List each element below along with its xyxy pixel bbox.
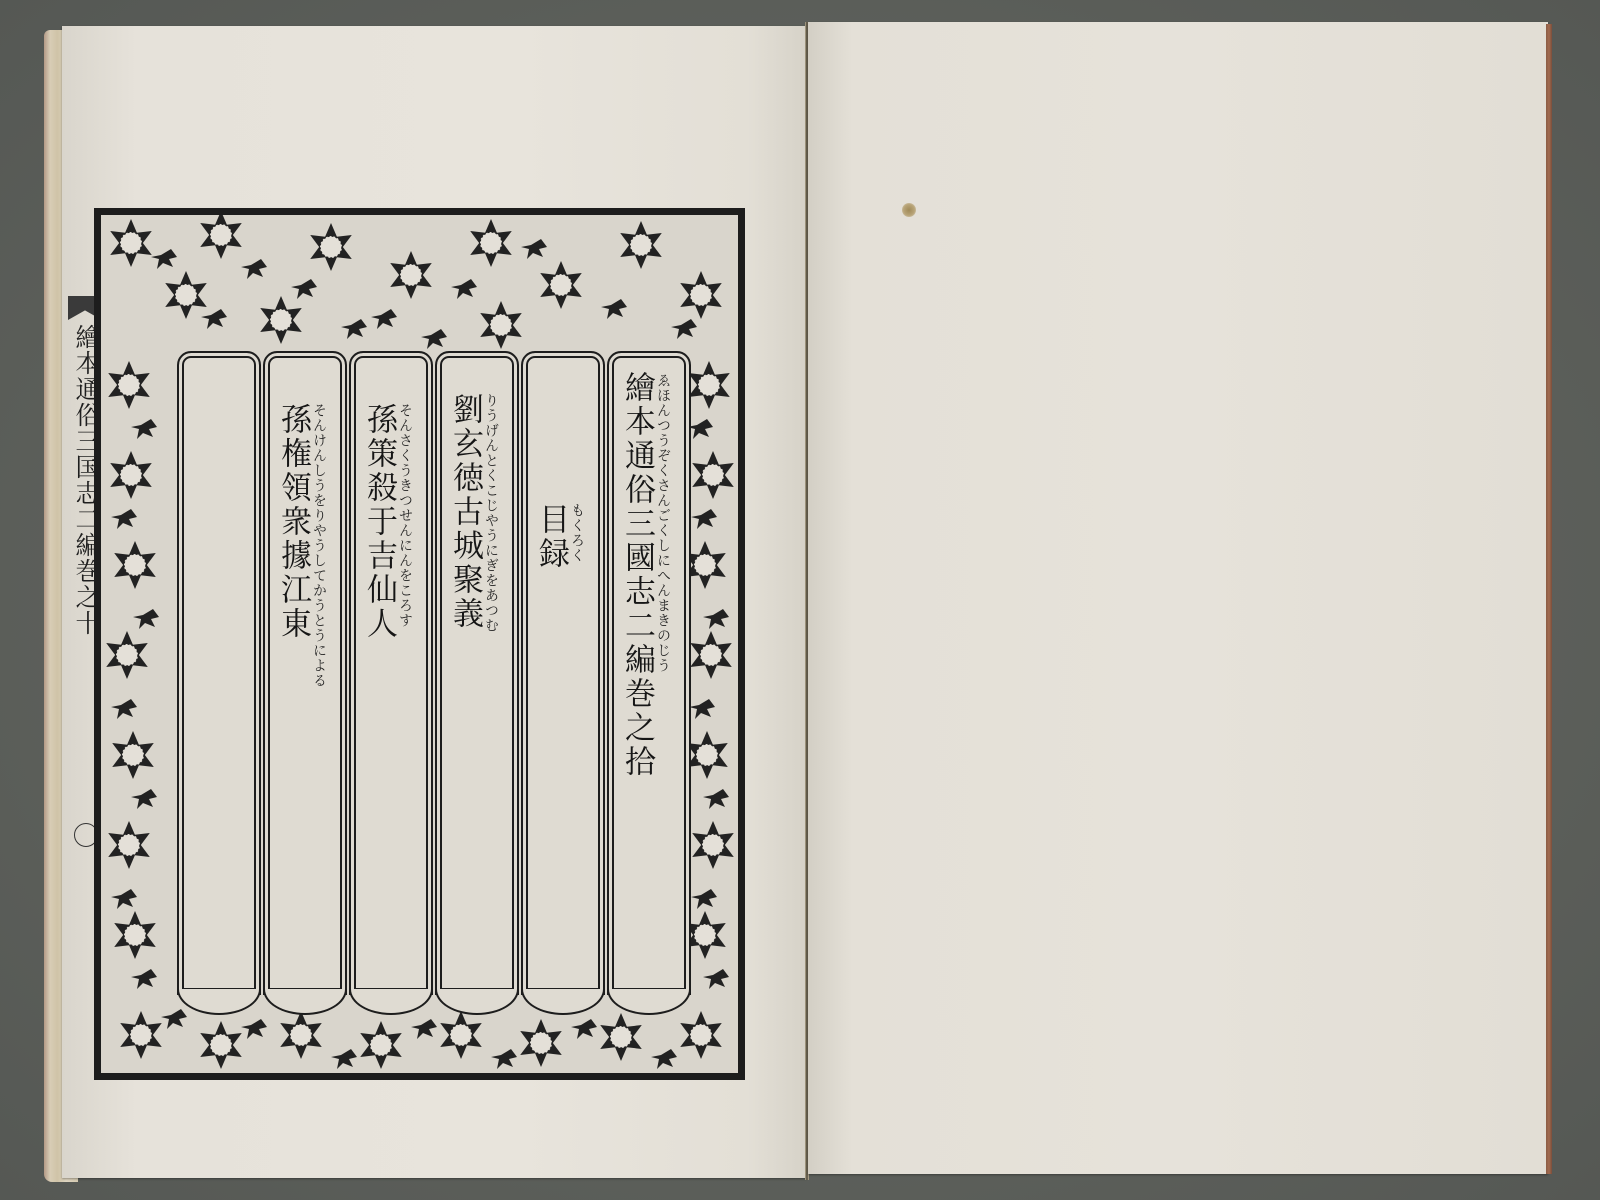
chapter-2-text: 孫策殺于吉仙人 [361,403,397,641]
panel-volume-title: 繪本通俗三國志二編巻之拾 ゑほんつうぞくさんごくしにへんまきのじう [607,351,691,995]
chapter-1-ruby: りうげんとくこじやうにぎをあつむ [483,393,499,633]
panel-heading: 目録 もくろく [521,351,605,995]
toc-frame: 繪本通俗三國志二編巻之拾 ゑほんつうぞくさんごくしにへんまきのじう 目録 もくろ… [94,208,745,1080]
panel-chapter-3: 孫権領衆據江東 そんけんしうをりやうしてかうとうによる [263,351,347,995]
right-page-blank [808,22,1548,1174]
chapter-2-ruby: そんさくうきつせんにんをころす [397,403,413,628]
panel-chapter-1: 劉玄徳古城聚義 りうげんとくこじやうにぎをあつむ [435,351,519,995]
heading-ruby: もくろく [569,503,585,563]
toc-panels: 繪本通俗三國志二編巻之拾 ゑほんつうぞくさんごくしにへんまきのじう 目録 もくろ… [167,351,687,1011]
panel-blank [177,351,261,995]
paper-stain [902,203,916,217]
panel-chapter-2: 孫策殺于吉仙人 そんさくうきつせんにんをころす [349,351,433,995]
chapter-1-text: 劉玄徳古城聚義 [447,393,483,631]
open-book: 繪本通俗三国志二編巻之十 目 [0,0,1600,1200]
heading-text: 目録 [533,503,569,571]
chapter-3-ruby: そんけんしうをりやうしてかうとうによる [311,403,327,688]
volume-title-ruby: ゑほんつうぞくさんごくしにへんまきのじう [655,373,671,673]
right-page-edge [1546,24,1552,1174]
volume-title-text: 繪本通俗三國志二編巻之拾 [619,371,655,779]
chapter-3-text: 孫権領衆據江東 [275,403,311,641]
